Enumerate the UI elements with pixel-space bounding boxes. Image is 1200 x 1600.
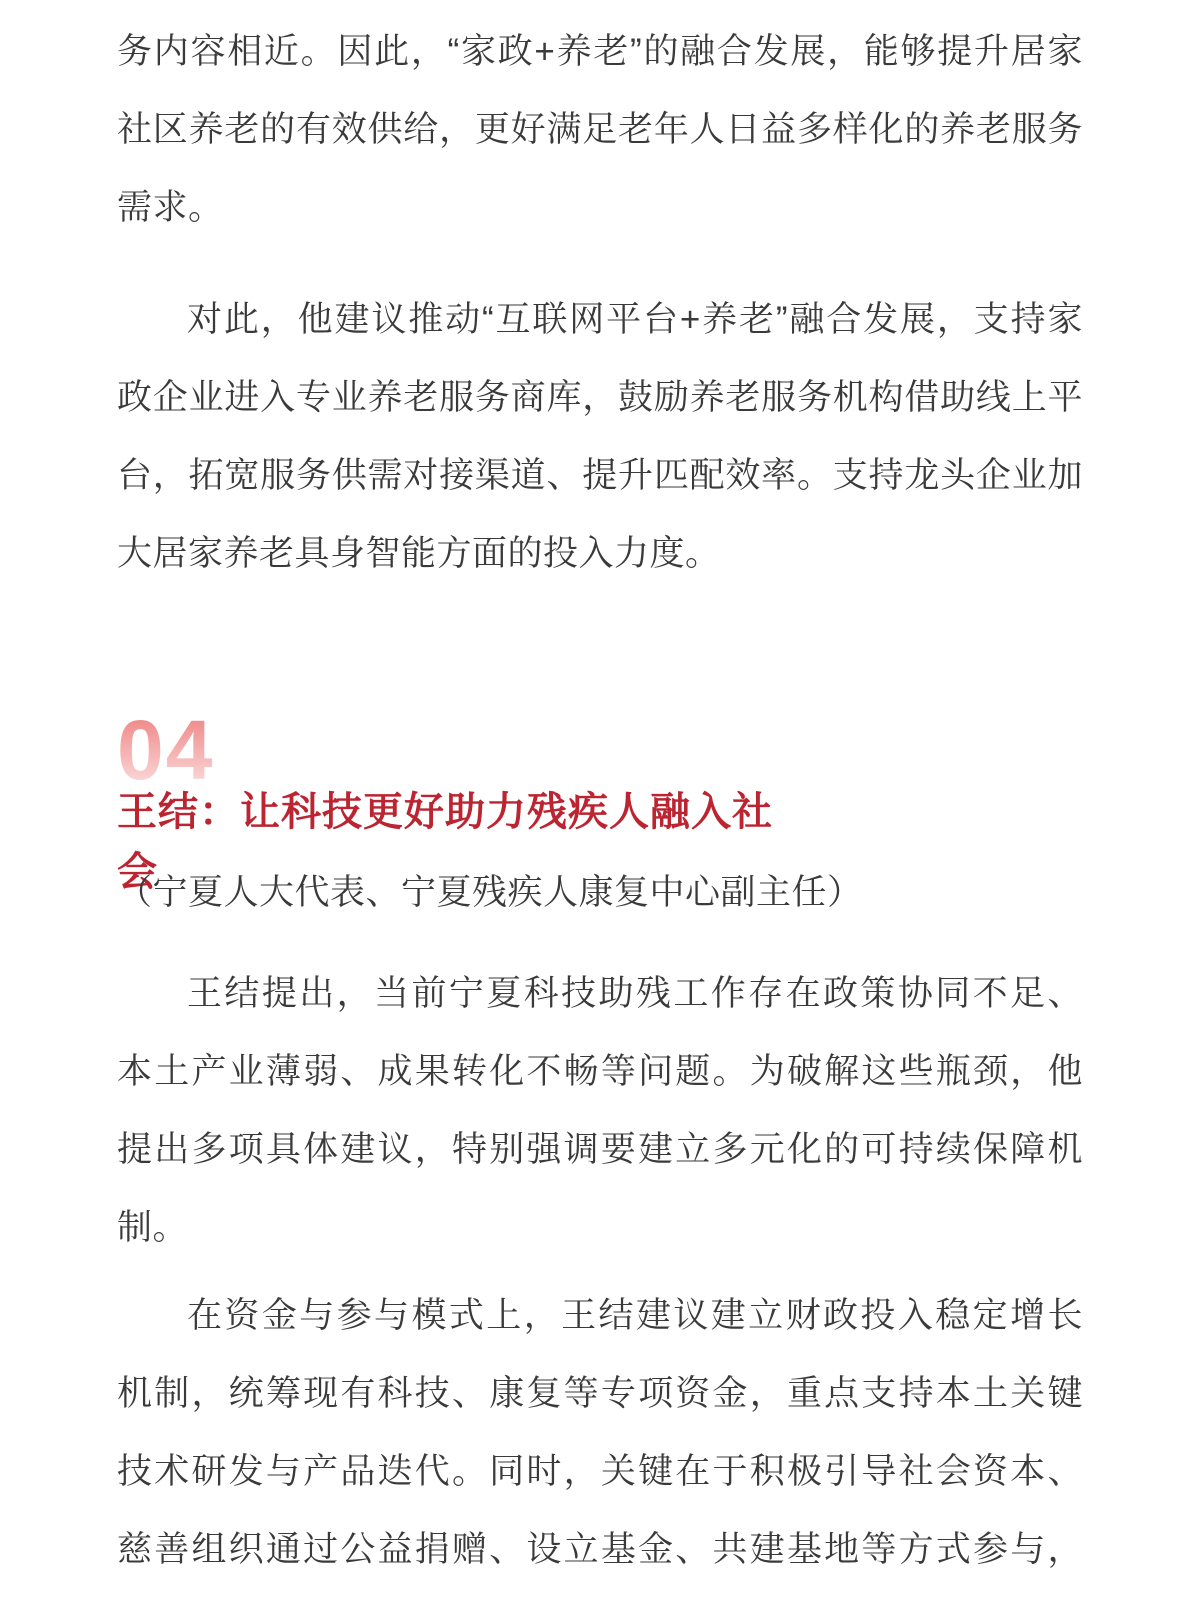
text-line: 务内容相近。因此，“家政+养老”的融合发展，能够提升居家 [117,13,1083,91]
text-line: 本土产业薄弱、成果转化不畅等问题。为破解这些瓶颈，他 [117,1033,1083,1111]
text-line: 慈善组织通过公益捐赠、设立基金、共建基地等方式参与， [117,1511,1083,1589]
text-line: 大居家养老具身智能方面的投入力度。 [117,515,1083,593]
text-line: 技术研发与产品迭代。同时，关键在于积极引导社会资本、 [117,1433,1083,1511]
paragraph-housekeeping-eldercare: 务内容相近。因此，“家政+养老”的融合发展，能够提升居家 社区养老的有效供给，更… [117,13,1083,247]
section-title-line-1: 王结：让科技更好助力残疾人融入社 [117,782,1083,842]
paragraph-platform-proposal: 对此，他建议推动“互联网平台+养老”融合发展，支持家 政企业进入专业养老服务商库… [117,281,1083,593]
text-line: 提出多项具体建议，特别强调要建立多元化的可持续保障机 [117,1111,1083,1189]
text-line: 机制，统筹现有科技、康复等专项资金，重点支持本土关键 [117,1355,1083,1433]
text-line: 需求。 [117,169,1083,247]
text-line: 台，拓宽服务供需对接渠道、提升匹配效率。支持龙头企业加 [117,437,1083,515]
text-line: 在资金与参与模式上，王结建议建立财政投入稳定增长 [117,1277,1083,1355]
section-subtitle: （宁夏人大代表、宁夏残疾人康复中心副主任） [117,854,1083,932]
text-line: 制。 [117,1189,1083,1267]
text-line: 社区养老的有效供给，更好满足老年人日益多样化的养老服务 [117,91,1083,169]
text-line: 对此，他建议推动“互联网平台+养老”融合发展，支持家 [117,281,1083,359]
article-page: 务内容相近。因此，“家政+养老”的融合发展，能够提升居家 社区养老的有效供给，更… [0,0,1200,1600]
paragraph-funding-model: 在资金与参与模式上，王结建议建立财政投入稳定增长 机制，统筹现有科技、康复等专项… [117,1277,1083,1589]
section-number: 04 [117,708,214,792]
text-line: 王结提出，当前宁夏科技助残工作存在政策协同不足、 [117,955,1083,1033]
text-line: 政企业进入专业养老服务商库，鼓励养老服务机构借助线上平 [117,359,1083,437]
paragraph-wangjie-issues: 王结提出，当前宁夏科技助残工作存在政策协同不足、 本土产业薄弱、成果转化不畅等问… [117,955,1083,1267]
article-content: 务内容相近。因此，“家政+养老”的融合发展，能够提升居家 社区养老的有效供给，更… [0,0,1200,1589]
